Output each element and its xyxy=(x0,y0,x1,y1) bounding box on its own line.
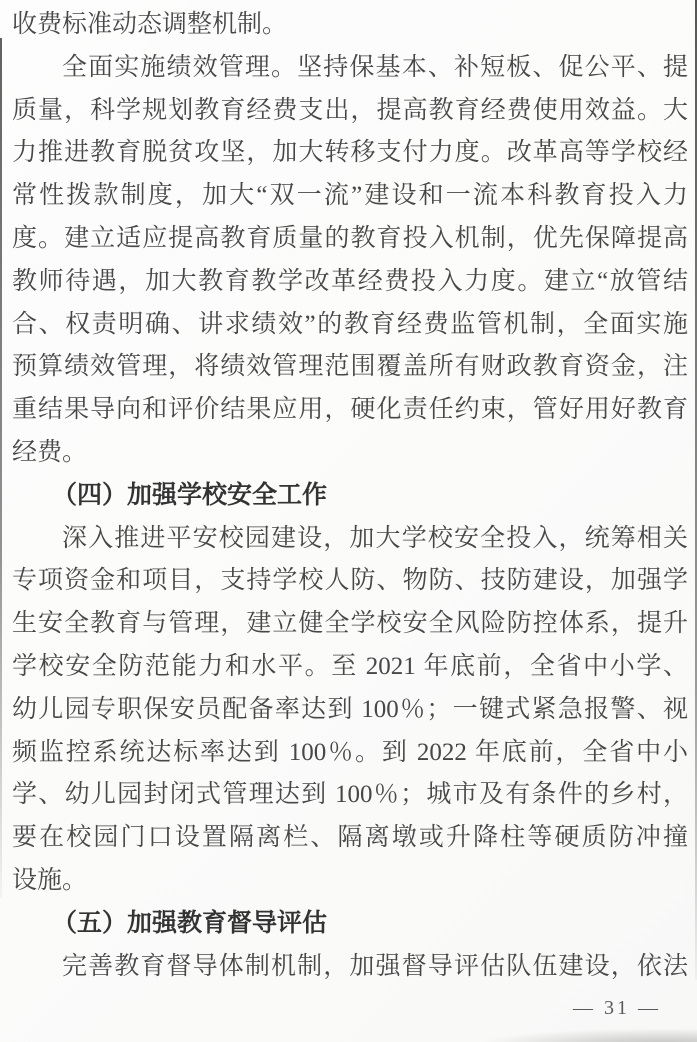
page-number: — 31 — xyxy=(573,994,661,1022)
text-line: 教师待遇，加大教育教学改革经费投入力度。建立“放管结 xyxy=(12,261,688,304)
text-line: 全面实施绩效管理。坚持保基本、补短板、促公平、提 xyxy=(12,47,688,90)
text-line: 预算绩效管理，将绩效管理范围覆盖所有财政教育资金，注 xyxy=(12,346,688,389)
text-line: 学、幼儿园封闭式管理达到 100％；城市及有条件的乡村， xyxy=(12,774,688,817)
section-heading: （四）加强学校安全工作 xyxy=(12,475,688,518)
text-line: 力推进教育脱贫攻坚，加大转移支付力度。改革高等学校经 xyxy=(12,132,688,175)
document-text-block: 收费标准动态调整机制。 全面实施绩效管理。坚持保基本、补短板、促公平、提 质量，… xyxy=(12,4,688,988)
document-page: 收费标准动态调整机制。 全面实施绩效管理。坚持保基本、补短板、促公平、提 质量，… xyxy=(0,0,697,1042)
text-line: 常性拨款制度，加大“双一流”建设和一流本科教育投入力 xyxy=(12,175,688,218)
text-line: 经费。 xyxy=(12,432,688,475)
text-line: 完善教育督导体制机制，加强督导评估队伍建设，依法 xyxy=(12,946,688,989)
scan-edge-left xyxy=(0,38,2,898)
scan-corner-shadow xyxy=(477,1028,697,1042)
text-line: 重结果导向和评价结果应用，硬化责任约束，管好用好教育 xyxy=(12,389,688,432)
text-line: 合、权责明确、讲求绩效”的教育经费监管机制，全面实施 xyxy=(12,304,688,347)
text-line: 专项资金和项目，支持学校人防、物防、技防建设，加强学 xyxy=(12,560,688,603)
text-line: 要在校园门口设置隔离栏、隔离墩或升降柱等硬质防冲撞 xyxy=(12,817,688,860)
text-line: 幼儿园专职保安员配备率达到 100％；一键式紧急报警、视 xyxy=(12,689,688,732)
section-heading: （五）加强教育督导评估 xyxy=(12,903,688,946)
text-line: 度。建立适应提高教育质量的教育投入机制，优先保障提高 xyxy=(12,218,688,261)
text-line: 设施。 xyxy=(12,860,688,903)
text-line: 收费标准动态调整机制。 xyxy=(12,4,688,47)
text-line: 生安全教育与管理，建立健全学校安全风险防控体系，提升 xyxy=(12,603,688,646)
text-line: 深入推进平安校园建设，加大学校安全投入，统筹相关 xyxy=(12,518,688,561)
text-line: 频监控系统达标率达到 100％。到 2022 年底前，全省中小 xyxy=(12,732,688,775)
text-line: 学校安全防范能力和水平。至 2021 年底前，全省中小学、 xyxy=(12,646,688,689)
text-line: 质量，科学规划教育经费支出，提高教育经费使用效益。大 xyxy=(12,90,688,133)
